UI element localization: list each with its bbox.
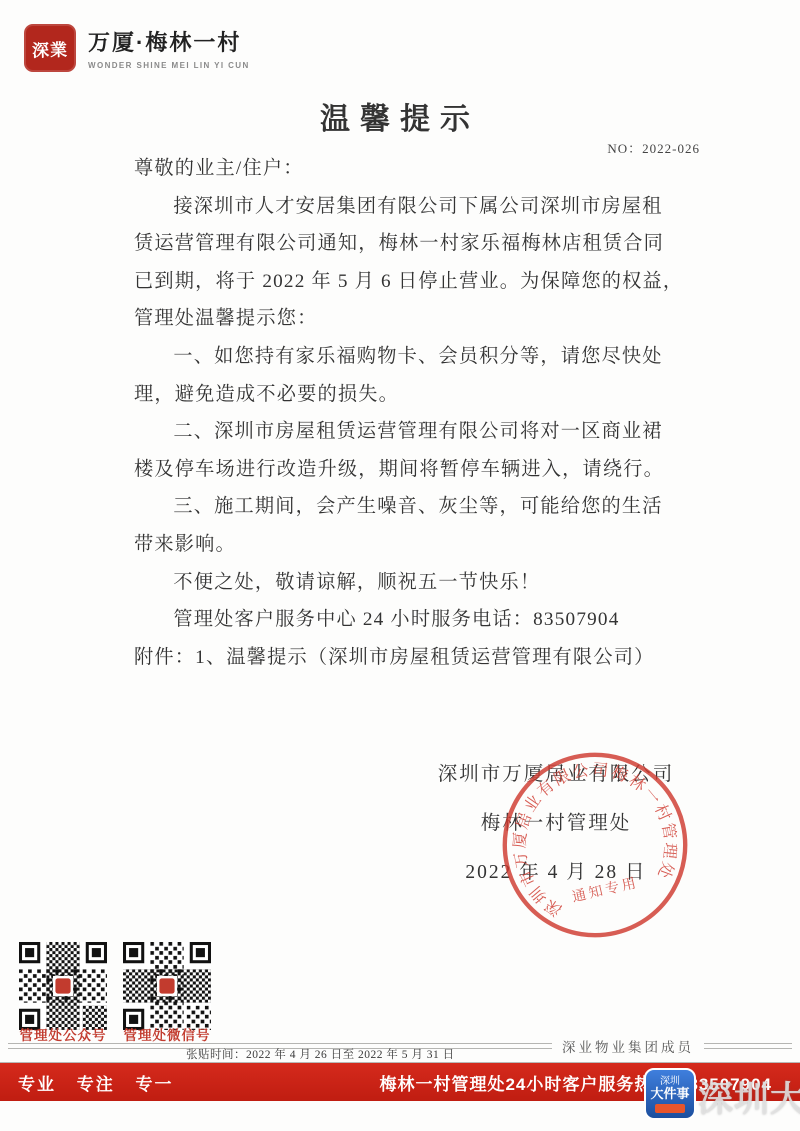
banner-slogan: 专业 专注 专一 xyxy=(0,1070,173,1095)
body-line: 一、如您持有家乐福购物卡、会员积分等，请您尽快处 xyxy=(134,338,692,376)
watermark-text: 深圳大件事 xyxy=(698,1072,800,1122)
body-line: 带来影响。 xyxy=(134,526,692,564)
watermark-icon-badge xyxy=(655,1104,685,1113)
signature-department: 梅林一村管理处 xyxy=(420,807,692,835)
watermark-icon-line2: 大件事 xyxy=(650,1087,689,1101)
notice-document: 深業 万厦·梅林一村 WONDER SHINE MEI LIN YI CUN 温… xyxy=(0,0,800,1131)
posting-period: 张贴时间：2022 年 4 月 26 日至 2022 年 5 月 31 日 xyxy=(186,1046,455,1062)
body-line: 管理处客户服务中心 24 小时服务电话：83507904 xyxy=(134,601,692,639)
body-line: 附件：1、温馨提示（深圳市房屋租赁运营管理有限公司） xyxy=(134,639,692,677)
body-line: 管理处温馨提示您： xyxy=(134,300,692,338)
body-line: 楼及停车场进行改造升级，期间将暂停车辆进入，请绕行。 xyxy=(134,451,692,489)
brand-name-english: WONDER SHINE MEI LIN YI CUN xyxy=(88,61,250,70)
shenzhen-dajianshi-app-icon: 深圳 大件事 xyxy=(644,1068,696,1120)
signature-company: 深圳市万厦居业有限公司 xyxy=(420,758,692,786)
signature-date: 2022 年 4 月 28 日 xyxy=(420,856,692,884)
document-body: 尊敬的业主/住户： 接深圳市人才安居集团有限公司下属公司深圳市房屋租 赁运营管理… xyxy=(134,150,692,676)
shenye-logo-icon: 深業 xyxy=(24,24,76,72)
divider-line xyxy=(704,1043,792,1049)
qr-code-public-account xyxy=(19,942,107,1030)
qr-code-wechat xyxy=(123,942,211,1030)
body-line: 三、施工期间，会产生噪音、灰尘等，可能给您的生活 xyxy=(134,488,692,526)
body-line: 接深圳市人才安居集团有限公司下属公司深圳市房屋租 xyxy=(134,188,692,226)
signature-block: 深圳市万厦居业有限公司 梅林一村管理处 2022 年 4 月 28 日 xyxy=(420,758,692,905)
body-line: 理，避免造成不必要的损失。 xyxy=(134,376,692,414)
watermark-icon-line1: 深圳 xyxy=(660,1076,680,1087)
brand-name: 万厦·梅林一村 xyxy=(88,26,250,57)
document-title: 温馨提示 xyxy=(0,94,800,138)
body-line: 尊敬的业主/住户： xyxy=(134,150,692,188)
body-line: 不便之处，敬请谅解，顺祝五一节快乐！ xyxy=(134,564,692,602)
brand-block: 万厦·梅林一村 WONDER SHINE MEI LIN YI CUN xyxy=(88,26,250,70)
body-line: 二、深圳市房屋租赁运营管理有限公司将对一区商业裙 xyxy=(134,413,692,451)
group-member-text: 深业物业集团成员 xyxy=(562,1036,694,1056)
body-line: 已到期，将于 2022 年 5 月 6 日停止营业。为保障您的权益， xyxy=(134,263,692,301)
body-line: 赁运营管理有限公司通知，梅林一村家乐福梅林店租赁合同 xyxy=(134,225,692,263)
logo-seal-text: 深業 xyxy=(32,35,69,61)
